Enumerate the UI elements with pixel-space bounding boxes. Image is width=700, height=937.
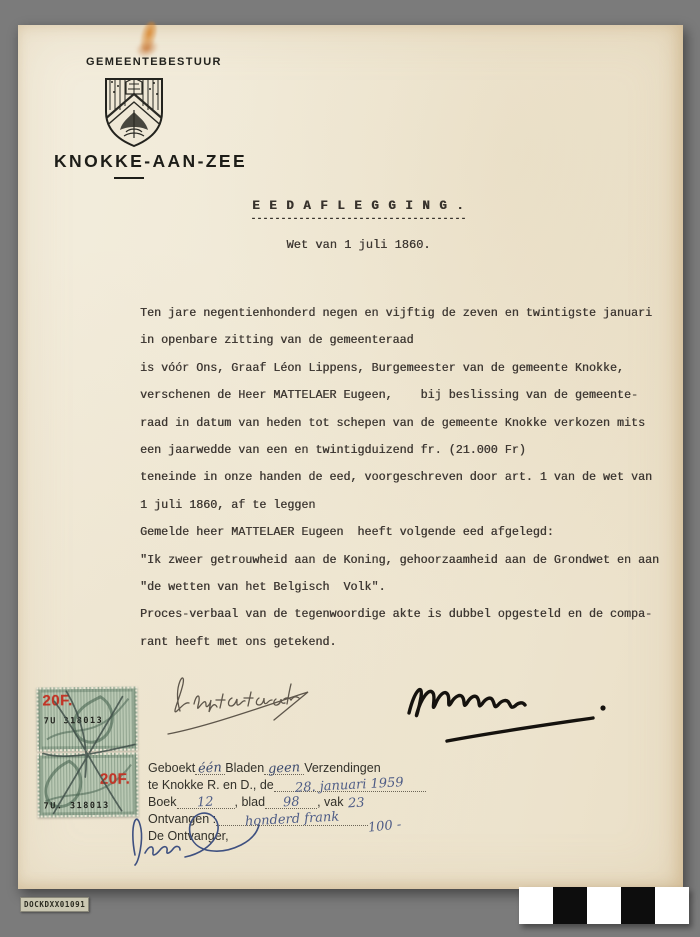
calibration-square bbox=[519, 887, 553, 924]
handwritten-dispatch-count: geen bbox=[268, 760, 301, 777]
scanned-document-page: { "scan": { "id_label": "DOCKDXX01091" }… bbox=[0, 0, 700, 937]
typed-line: Ten jare negentienhonderd negen en vijft… bbox=[140, 303, 680, 330]
document-subtitle: Wet van 1 juli 1860. bbox=[136, 238, 581, 252]
typed-line: "Ik zweer getrouwheid aan de Koning, geh… bbox=[140, 550, 680, 577]
handwritten-amount-figure: 100 - bbox=[367, 817, 402, 835]
handwritten-date: 28. januari 1959 bbox=[295, 775, 404, 796]
calibration-square bbox=[621, 887, 655, 924]
registration-line-sheets: GeboektéénBladengeenVerzendingen bbox=[148, 761, 381, 775]
document-title: E E D A F L E G G I N G . bbox=[136, 199, 581, 213]
signature-mattelaer bbox=[150, 656, 335, 751]
label-bladen: Bladen bbox=[225, 761, 264, 775]
typed-line: 1 juli 1860, af te leggen bbox=[140, 495, 680, 522]
signature-receiver bbox=[123, 795, 283, 890]
typed-line: Proces-verbaal van de tegenwoordige akte… bbox=[140, 604, 680, 631]
letterhead-org: GEMEENTEBESTUUR bbox=[86, 56, 222, 68]
title-block: E E D A F L E G G I N G . --------------… bbox=[136, 199, 581, 252]
typed-line: Gemelde heer MATTELAER Eugeen heeft volg… bbox=[140, 522, 680, 549]
letterhead-place: KNOKKE-AAN-ZEE bbox=[54, 151, 247, 172]
typed-line: in openbare zitting van de gemeenteraad bbox=[140, 330, 680, 357]
typed-line: is vóór Ons, Graaf Léon Lippens, Burgeme… bbox=[140, 358, 680, 385]
handwritten-sheet-count: één bbox=[198, 760, 223, 776]
handwritten-page-number: 98 bbox=[282, 795, 299, 811]
typed-line: rant heeft met ons getekend. bbox=[140, 632, 680, 659]
calibration-square bbox=[553, 887, 587, 924]
calibration-square bbox=[587, 887, 621, 924]
label-geboekt: Geboekt bbox=[148, 761, 195, 775]
typed-line: teneinde in onze handen de eed, voorgesc… bbox=[140, 467, 680, 494]
typed-body: Ten jare negentienhonderd negen en vijft… bbox=[140, 303, 680, 659]
typed-line: "de wetten van het Belgisch Volk". bbox=[140, 577, 680, 604]
knokke-coat-of-arms-icon bbox=[102, 76, 166, 150]
archive-id-label: DOCKDXX01091 bbox=[20, 897, 89, 912]
calibration-square bbox=[655, 887, 689, 924]
label-verzendingen: Verzendingen bbox=[304, 761, 380, 775]
calibration-bar bbox=[519, 887, 689, 924]
typed-line: een jaarwedde van een en twintigduizend … bbox=[140, 440, 680, 467]
letterhead-underline bbox=[114, 177, 144, 179]
handwritten-box-number: 23 bbox=[348, 796, 365, 812]
signature-lippens bbox=[395, 661, 610, 761]
title-dashed-rule: ------------------------------------ bbox=[136, 214, 581, 225]
typed-line: verschenen de Heer MATTELAER Eugeen, bij… bbox=[140, 385, 680, 412]
typed-line: raad in datum van heden tot schepen van … bbox=[140, 413, 680, 440]
label-place-date: te Knokke R. en D., de bbox=[148, 778, 274, 792]
registration-line-date: te Knokke R. en D., de28. januari 1959 bbox=[148, 778, 426, 792]
label-vak: , vak bbox=[317, 795, 343, 809]
paper-sheet: GEMEENTEBESTUUR bbox=[18, 25, 683, 889]
